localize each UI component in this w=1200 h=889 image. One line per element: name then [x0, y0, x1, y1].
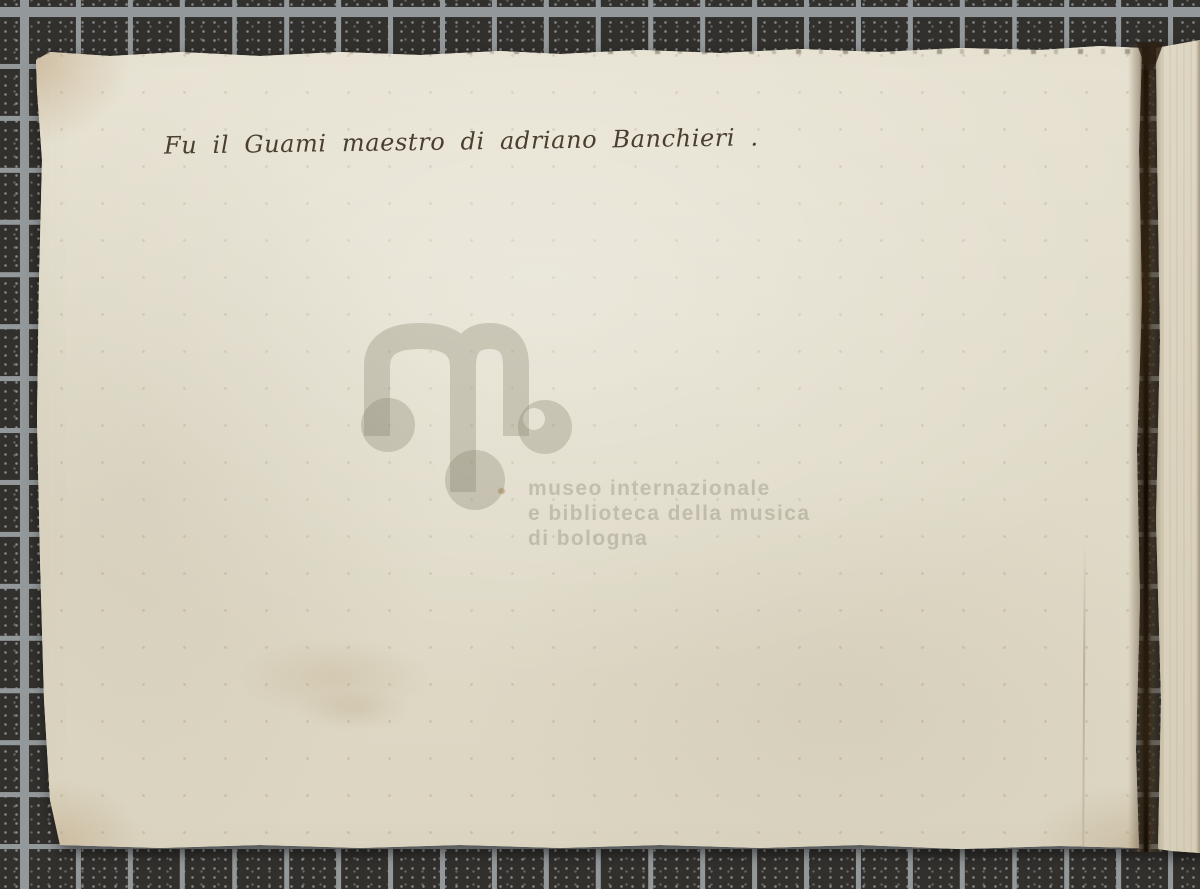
- watermark-line-3: di bologna: [528, 526, 810, 551]
- paper-stain-small: [300, 690, 410, 730]
- watermark-line-2: e biblioteca della musica: [528, 501, 810, 526]
- open-book-photo: Fu il Guami maestro di adriano Banchieri…: [0, 0, 1200, 889]
- watermark-line-1: museo internazionale: [528, 476, 810, 501]
- calibration-grid-backdrop: Fu il Guami maestro di adriano Banchieri…: [0, 0, 1200, 889]
- museum-watermark-text: museo internazionale e biblioteca della …: [528, 476, 810, 551]
- binding-gutter: [1128, 44, 1164, 852]
- manuscript-page: Fu il Guami maestro di adriano Banchieri…: [0, 0, 1200, 889]
- handwritten-annotation: Fu il Guami maestro di adriano Banchieri…: [164, 124, 684, 159]
- foxing-spot: [498, 488, 505, 494]
- paper-crease: [1082, 540, 1086, 846]
- page-top-deckle-edge: [44, 49, 1136, 54]
